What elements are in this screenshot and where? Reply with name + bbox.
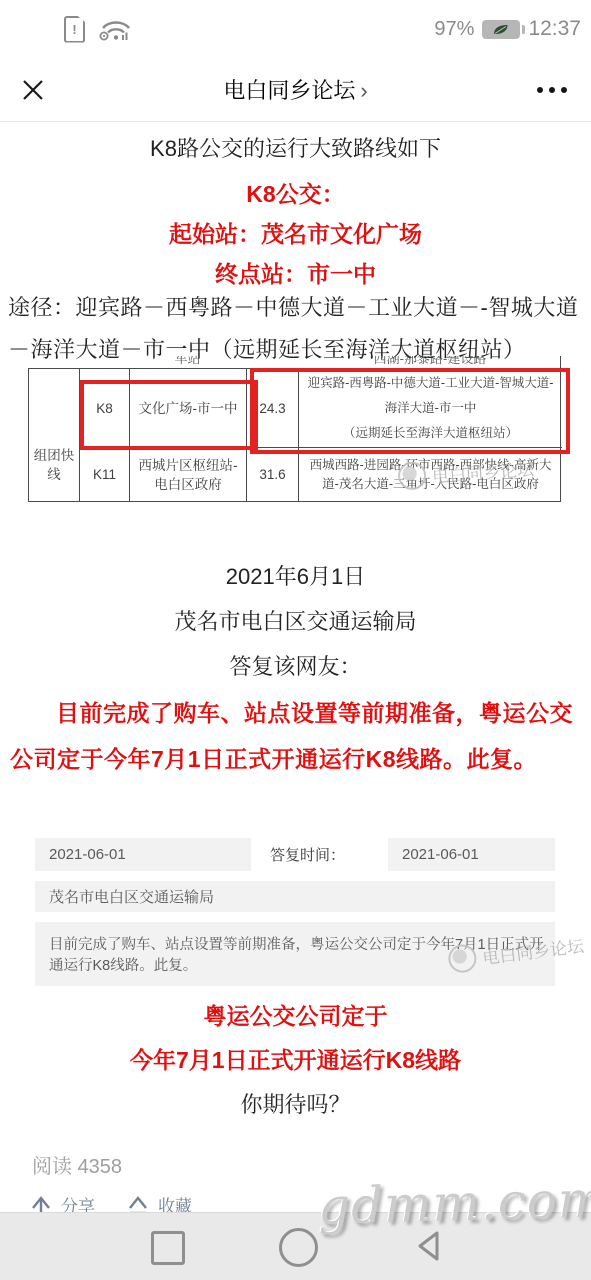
intro-line: K8路公交的运行大致路线如下 <box>0 132 591 163</box>
power-saving-leaf-icon <box>492 23 510 36</box>
table-name-cell: 西城片区枢纽站-电白区政府 <box>129 447 246 501</box>
reply-red-paragraph: 目前完成了购车、站点设置等前期准备，粤运公交公司定于今年7月1日正式开通运行K8… <box>10 690 583 782</box>
battery-percent: 97% <box>434 18 474 41</box>
phone-screen: ! 97% 12:37 <box>0 0 591 1280</box>
bureau-line: 茂名市电白区交通运输局 <box>0 605 591 636</box>
dot-icon <box>537 87 543 93</box>
recents-button[interactable] <box>151 1231 185 1265</box>
bus-line-title: K8公交： <box>0 176 591 209</box>
sim-alert-icon: ! <box>64 16 85 43</box>
forum-logo-icon <box>447 943 478 974</box>
forum-name: 电白同乡论坛 <box>223 78 355 103</box>
app-header: 电白同乡论坛› <box>0 58 591 122</box>
wifi-icon <box>94 16 134 43</box>
end-station-line: 终点站：市一中 <box>0 256 591 289</box>
page-title[interactable]: 电白同乡论坛› <box>0 74 591 105</box>
read-count: 阅读 4358 <box>32 1150 122 1179</box>
table-km-cell: 31.6 <box>246 447 298 501</box>
reply-bureau-field: 茂名市电白区交通运输局 <box>35 881 555 912</box>
forum-logo-icon <box>397 461 427 491</box>
reply-date-field: 2021-06-01 <box>388 838 555 871</box>
dot-icon <box>549 87 555 93</box>
dot-icon <box>561 87 567 93</box>
table-km-cell: 24.3 <box>246 369 298 447</box>
start-station-line: 起始站：茂名市文化广场 <box>0 216 591 249</box>
status-bar: ! 97% 12:37 <box>0 0 591 58</box>
clock: 12:37 <box>528 17 581 41</box>
chevron-right-icon: › <box>360 78 367 103</box>
table-line-cell: K11 <box>79 447 129 501</box>
announce-line-1: 粤运公交公司定于 <box>0 998 591 1031</box>
battery-icon <box>482 20 520 39</box>
submit-date-field: 2021-06-01 <box>35 838 251 871</box>
home-button[interactable] <box>279 1228 318 1267</box>
table-name-cell: 文化广场-市一中 <box>129 369 246 447</box>
clipped-table-row: 车站 西湖-那黎路-建设路 <box>28 356 561 368</box>
back-button[interactable] <box>412 1228 444 1264</box>
more-button[interactable] <box>537 87 567 93</box>
reply-intro-line: 答复该网友： <box>0 650 591 681</box>
reply-date-line: 2021年6月1日 <box>0 560 591 591</box>
table-route-cell: 迎宾路-西粤路-中德大道-工业大道-智城大道-海洋大道-市一中 （远期延长至海洋… <box>298 369 562 447</box>
question-line: 你期待吗？ <box>0 1088 591 1119</box>
reply-time-label: 答复时间： <box>270 838 345 871</box>
site-watermark: gdmm.com <box>317 1170 591 1236</box>
table-category-cell: 组团快线 <box>29 369 79 501</box>
announce-line-2: 今年7月1日正式开通运行K8线路 <box>0 1042 591 1075</box>
table-line-cell: K8 <box>79 369 129 447</box>
